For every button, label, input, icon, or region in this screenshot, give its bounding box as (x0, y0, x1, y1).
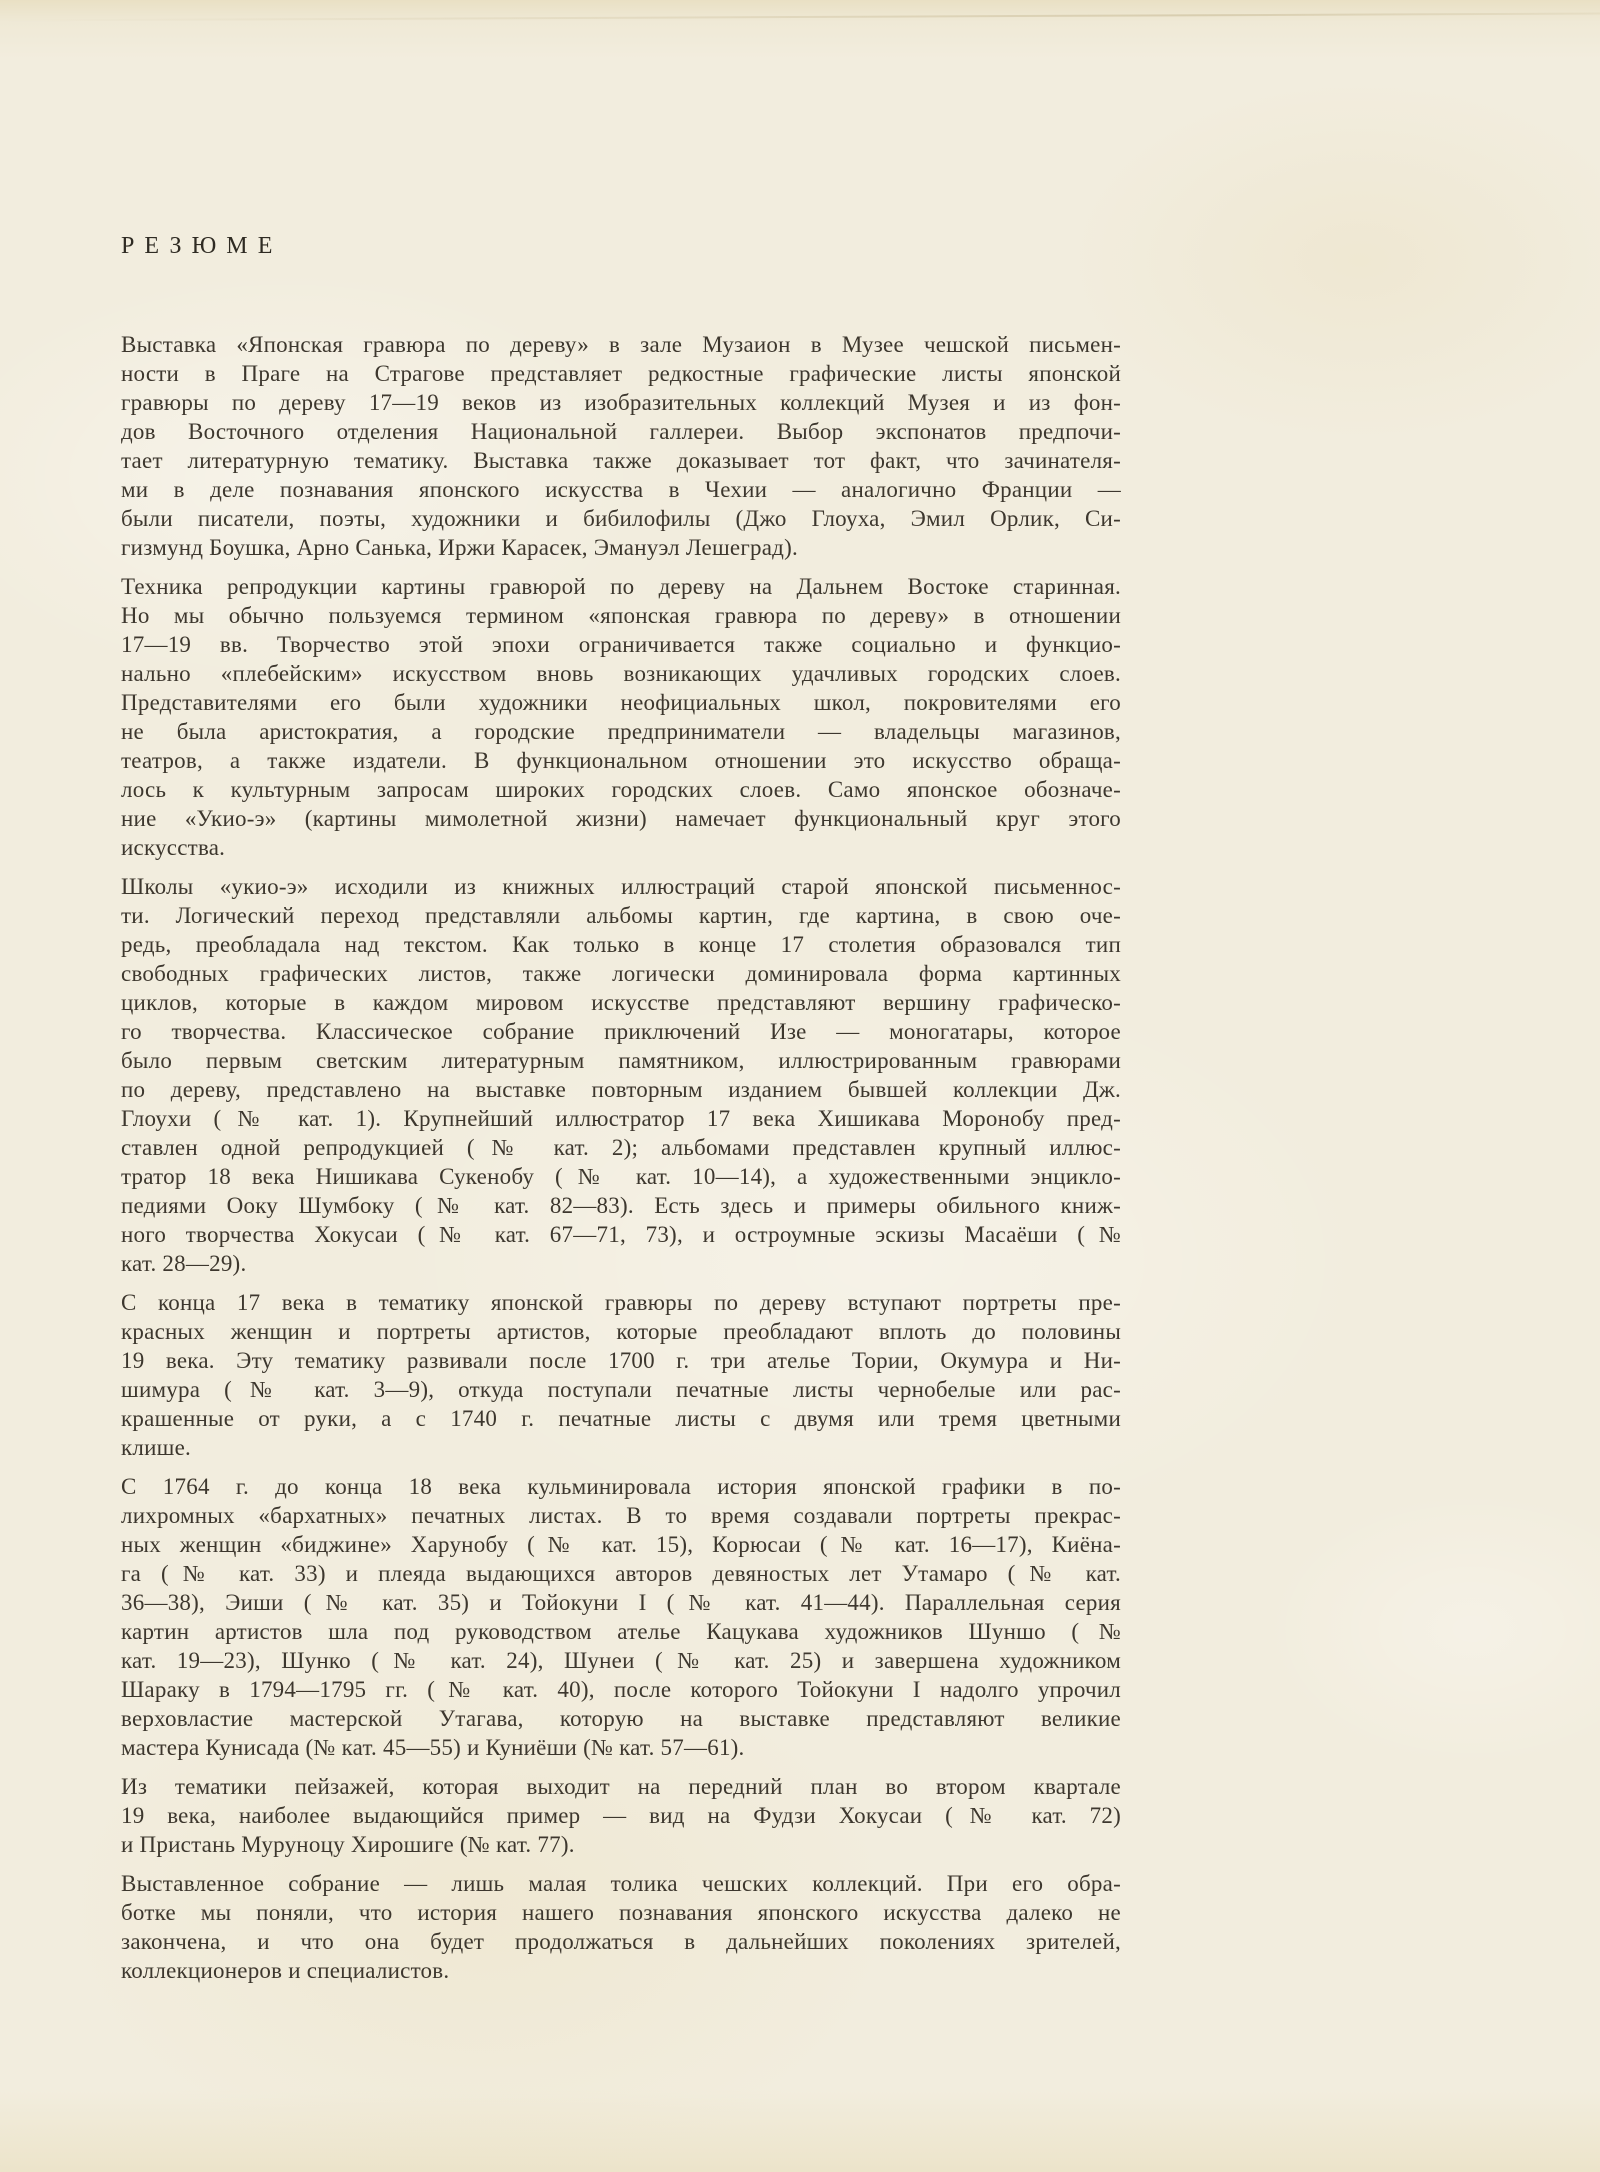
text-line: ставлен одной репродукцией (№ кат. 2); а… (121, 1133, 1121, 1162)
text-line: Но мы обычно пользуемся термином «японск… (121, 601, 1121, 630)
text-line: закончена, и что она будет продолжаться … (121, 1927, 1121, 1956)
text-line: ние «Укио-э» (картины мимолетной жизни) … (121, 804, 1121, 833)
paragraph: Техника репродукции картины гравюрой по … (121, 572, 1121, 862)
text-line: были писатели, поэты, художники и бибило… (121, 504, 1121, 533)
text-line: и Пристань Муруноцу Хирошиге (№ кат. 77)… (121, 1830, 1121, 1859)
text-line: крашенные от руки, а с 1740 г. печатные … (121, 1404, 1121, 1433)
text-line: картин артистов шла под руководством ате… (121, 1617, 1121, 1646)
text-line: педиями Ооку Шумбоку (№ кат. 82—83). Ест… (121, 1191, 1121, 1220)
text-line: С конца 17 века в тематику японской грав… (121, 1288, 1121, 1317)
text-line: верховластие мастерской Утагава, которую… (121, 1704, 1121, 1733)
text-line: театров, а также издатели. В функциональ… (121, 746, 1121, 775)
text-line: 19 века. Эту тематику развивали после 17… (121, 1346, 1121, 1375)
text-line: клише. (121, 1433, 1121, 1462)
text-line: не была аристократия, а городские предпр… (121, 717, 1121, 746)
paragraph: С 1764 г. до конца 18 века кульминировал… (121, 1472, 1121, 1762)
text-line: циклов, которые в каждом мировом искусст… (121, 988, 1121, 1017)
text-line: Представителями его были художники неофи… (121, 688, 1121, 717)
text-line: мастера Кунисада (№ кат. 45—55) и Куниёш… (121, 1733, 1121, 1762)
text-line: ности в Праге на Страгове представляет р… (121, 359, 1121, 388)
text-line: Техника репродукции картины гравюрой по … (121, 572, 1121, 601)
text-line: 36—38), Эиши (№ кат. 35) и Тойокуни I (№… (121, 1588, 1121, 1617)
text-line: Из тематики пейзажей, которая выходит на… (121, 1772, 1121, 1801)
text-line: лось к культурным запросам широких город… (121, 775, 1121, 804)
text-line: Выставка «Японская гравюра по дереву» в … (121, 330, 1121, 359)
text-line: коллекционеров и специалистов. (121, 1956, 1121, 1985)
text-line: га (№ кат. 33) и плеяда выдающихся автор… (121, 1559, 1121, 1588)
text-line: гравюры по дереву 17—19 веков из изобраз… (121, 388, 1121, 417)
text-line: искусства. (121, 833, 1121, 862)
text-line: го творчества. Классическое собрание при… (121, 1017, 1121, 1046)
text-line: кат. 19—23), Шунко (№ кат. 24), Шунеи (№… (121, 1646, 1121, 1675)
text-line: красных женщин и портреты артистов, кото… (121, 1317, 1121, 1346)
text-line: дов Восточного отделения Национальной га… (121, 417, 1121, 446)
text-line: ми в деле познавания японского искусства… (121, 475, 1121, 504)
text-line: было первым светским литературным памятн… (121, 1046, 1121, 1075)
text-line: редь, преобладала над текстом. Как тольк… (121, 930, 1121, 959)
paragraph: Выставленное собрание — лишь малая толик… (121, 1869, 1121, 1985)
text-line: Глоухи (№ кат. 1). Крупнейший иллюстрато… (121, 1104, 1121, 1133)
text-line: тратор 18 века Нишикава Сукенобу (№ кат.… (121, 1162, 1121, 1191)
paragraph: Из тематики пейзажей, которая выходит на… (121, 1772, 1121, 1859)
text-line: ботке мы поняли, что история нашего позн… (121, 1898, 1121, 1927)
text-line: шимура (№ кат. 3—9), откуда поступали пе… (121, 1375, 1121, 1404)
text-line: по дереву, представлено на выставке повт… (121, 1075, 1121, 1104)
text-line: ти. Логический переход представляли альб… (121, 901, 1121, 930)
text-line: ного творчества Хокусаи (№ кат. 67—71, 7… (121, 1220, 1121, 1249)
summary-text-block: Выставка «Японская гравюра по дереву» в … (121, 330, 1121, 1985)
text-line: 19 века, наиболее выдающийся пример — ви… (121, 1801, 1121, 1830)
page-title: РЕЗЮМЕ (121, 233, 282, 260)
text-line: С 1764 г. до конца 18 века кульминировал… (121, 1472, 1121, 1501)
paragraph: Школы «укио-э» исходили из книжных иллюс… (121, 872, 1121, 1278)
text-line: Школы «укио-э» исходили из книжных иллюс… (121, 872, 1121, 901)
text-line: лихромных «бархатных» печатных листах. В… (121, 1501, 1121, 1530)
text-line: гизмунд Боушка, Арно Санька, Иржи Карасе… (121, 533, 1121, 562)
text-line: 17—19 вв. Творчество этой эпохи ограничи… (121, 630, 1121, 659)
text-line: ных женщин «биджине» Харунобу (№ кат. 15… (121, 1530, 1121, 1559)
scanned-document-page: РЕЗЮМЕ Выставка «Японская гравюра по дер… (0, 0, 1600, 2172)
text-line: нально «плебейским» искусством вновь воз… (121, 659, 1121, 688)
text-line: Шараку в 1794—1795 гг. (№ кат. 40), посл… (121, 1675, 1121, 1704)
text-line: тает литературную тематику. Выставка так… (121, 446, 1121, 475)
paragraph: С конца 17 века в тематику японской грав… (121, 1288, 1121, 1462)
text-line: кат. 28—29). (121, 1249, 1121, 1278)
text-line: Выставленное собрание — лишь малая толик… (121, 1869, 1121, 1898)
paragraph: Выставка «Японская гравюра по дереву» в … (121, 330, 1121, 562)
text-line: свободных графических листов, также логи… (121, 959, 1121, 988)
